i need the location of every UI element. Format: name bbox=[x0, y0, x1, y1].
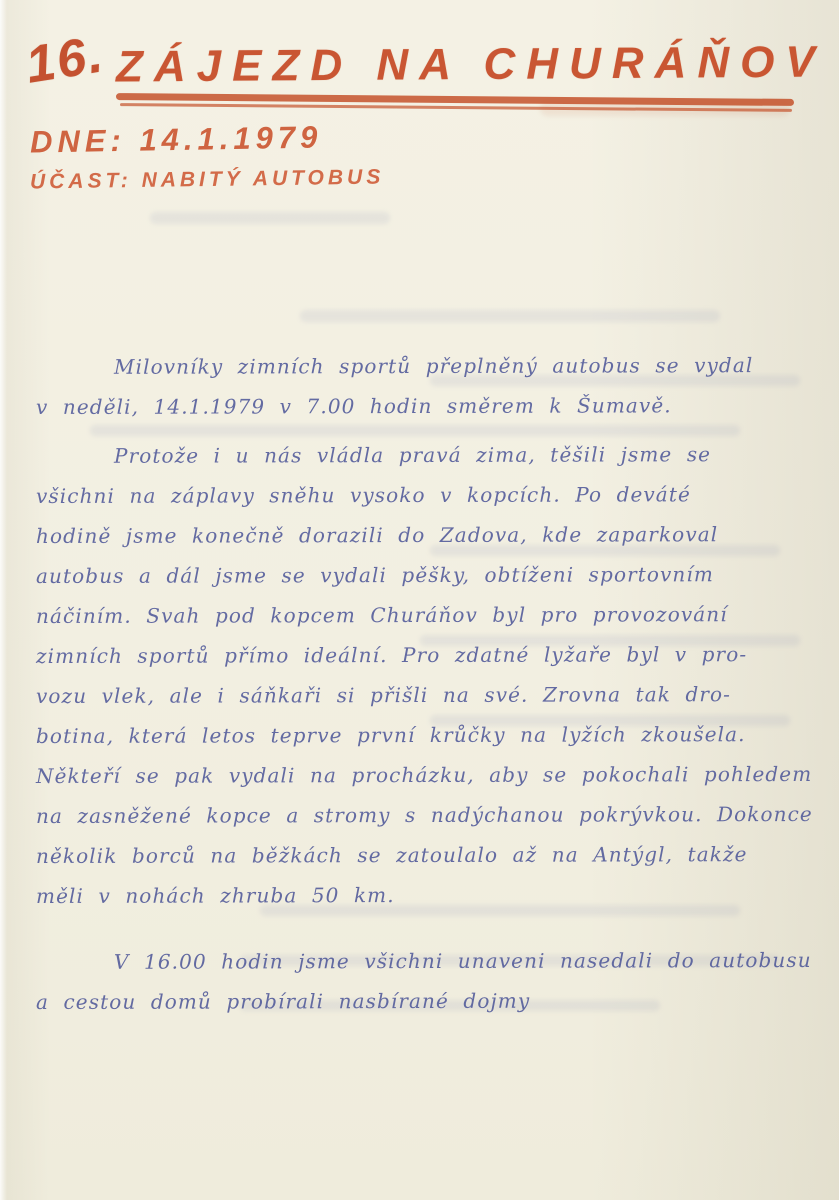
handwritten-line: všichni na záplavy sněhu vysoko v kopcíc… bbox=[36, 474, 804, 516]
trip-date: DNE: 14.1.1979 bbox=[30, 119, 323, 160]
handwritten-line: náčiním. Svah pod kopcem Churáňov byl pr… bbox=[36, 594, 804, 636]
handwritten-line: v neděli, 14.1.1979 v 7.00 hodin směrem … bbox=[36, 385, 804, 427]
handwritten-line: Někteří se pak vydali na procházku, aby … bbox=[36, 754, 804, 796]
paragraph: Protože i u nás vládla pravá zima, těšil… bbox=[36, 435, 804, 915]
handwritten-body: Milovníky zimních sportů přeplněný autob… bbox=[36, 346, 804, 1021]
paragraph: V 16.00 hodin jsme všichni unaveni nased… bbox=[36, 941, 804, 1021]
bleed-through-mark bbox=[300, 310, 720, 322]
handwritten-line: Milovníky zimních sportů přeplněný autob… bbox=[36, 345, 804, 387]
bleed-through-mark bbox=[150, 212, 390, 224]
page-title: ZÁJEZD NA CHURÁŇOV bbox=[116, 38, 826, 93]
trip-attendance: ÚČAST: NABITÝ AUTOBUS bbox=[30, 166, 385, 195]
paragraph: Milovníky zimních sportů přeplněný autob… bbox=[36, 346, 804, 426]
handwritten-line: botina, která letos teprve první krůčky … bbox=[36, 714, 804, 756]
handwritten-line: zimních sportů přímo ideální. Pro zdatné… bbox=[36, 634, 804, 676]
trip-number: 16. bbox=[22, 24, 109, 96]
handwritten-line: Protože i u nás vládla pravá zima, těšil… bbox=[36, 434, 804, 476]
handwritten-line: hodině jsme konečně dorazili do Zadova, … bbox=[36, 514, 804, 556]
handwritten-line: a cestou domů probírali nasbírané dojmy bbox=[36, 980, 804, 1022]
handwritten-line: několik borců na běžkách se zatoulalo až… bbox=[36, 834, 804, 876]
handwritten-line: V 16.00 hodin jsme všichni unaveni nased… bbox=[36, 940, 804, 982]
handwritten-line: vozu vlek, ale i sáňkaři si přišli na sv… bbox=[36, 674, 804, 716]
handwritten-line: měli v nohách zhruba 50 km. bbox=[36, 874, 804, 916]
handwritten-line: autobus a dál jsme se vydali pěšky, obtí… bbox=[36, 554, 804, 596]
scanned-notebook-page: 16. ZÁJEZD NA CHURÁŇOV DNE: 14.1.1979 ÚČ… bbox=[0, 0, 839, 1200]
handwritten-line: na zasněžené kopce a stromy s nadýchanou… bbox=[36, 794, 804, 836]
